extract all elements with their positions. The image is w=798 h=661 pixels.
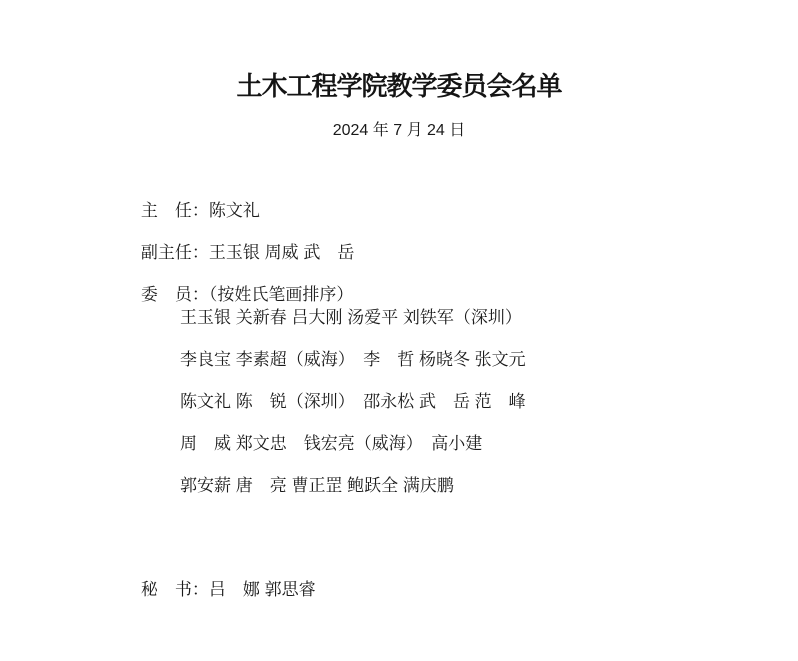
document-page: 土木工程学院教学委员会名单 2024 年 7 月 24 日 主 任：陈文礼 副主… xyxy=(0,0,798,661)
role-label-deputy-directors: 副主任： xyxy=(141,243,209,262)
secretary-line: 秘 书：吕 娜 郭思睿 xyxy=(122,560,316,619)
role-value-director: 陈文礼 xyxy=(209,201,260,220)
role-value-deputy-directors: 王玉银 周威 武 岳 xyxy=(209,243,354,262)
secretary-label: 秘 书： xyxy=(141,580,209,599)
role-label-members: 委 员： xyxy=(141,285,209,304)
document-date: 2024 年 7 月 24 日 xyxy=(0,122,798,140)
role-label-director: 主 任： xyxy=(141,201,209,220)
role-value-members-note: （按姓氏笔画排序） xyxy=(209,285,354,304)
page-title: 土木工程学院教学委员会名单 xyxy=(0,72,798,102)
members-row-5: 郭安薪 唐 亮 曹正罡 鲍跃全 满庆鹏 xyxy=(180,476,454,496)
members-row-1: 王玉银 关新春 吕大刚 汤爱平 刘铁军（深圳） xyxy=(180,308,522,328)
secretary-value: 吕 娜 郭思睿 xyxy=(209,580,316,599)
members-row-3: 陈文礼 陈 锐（深圳） 邵永松 武 岳 范 峰 xyxy=(180,392,526,412)
members-row-4: 周 威 郑文忠 钱宏亮（威海） 高小建 xyxy=(180,434,482,454)
members-row-2: 李良宝 李素超（威海） 李 哲 杨晓冬 张文元 xyxy=(180,350,526,370)
